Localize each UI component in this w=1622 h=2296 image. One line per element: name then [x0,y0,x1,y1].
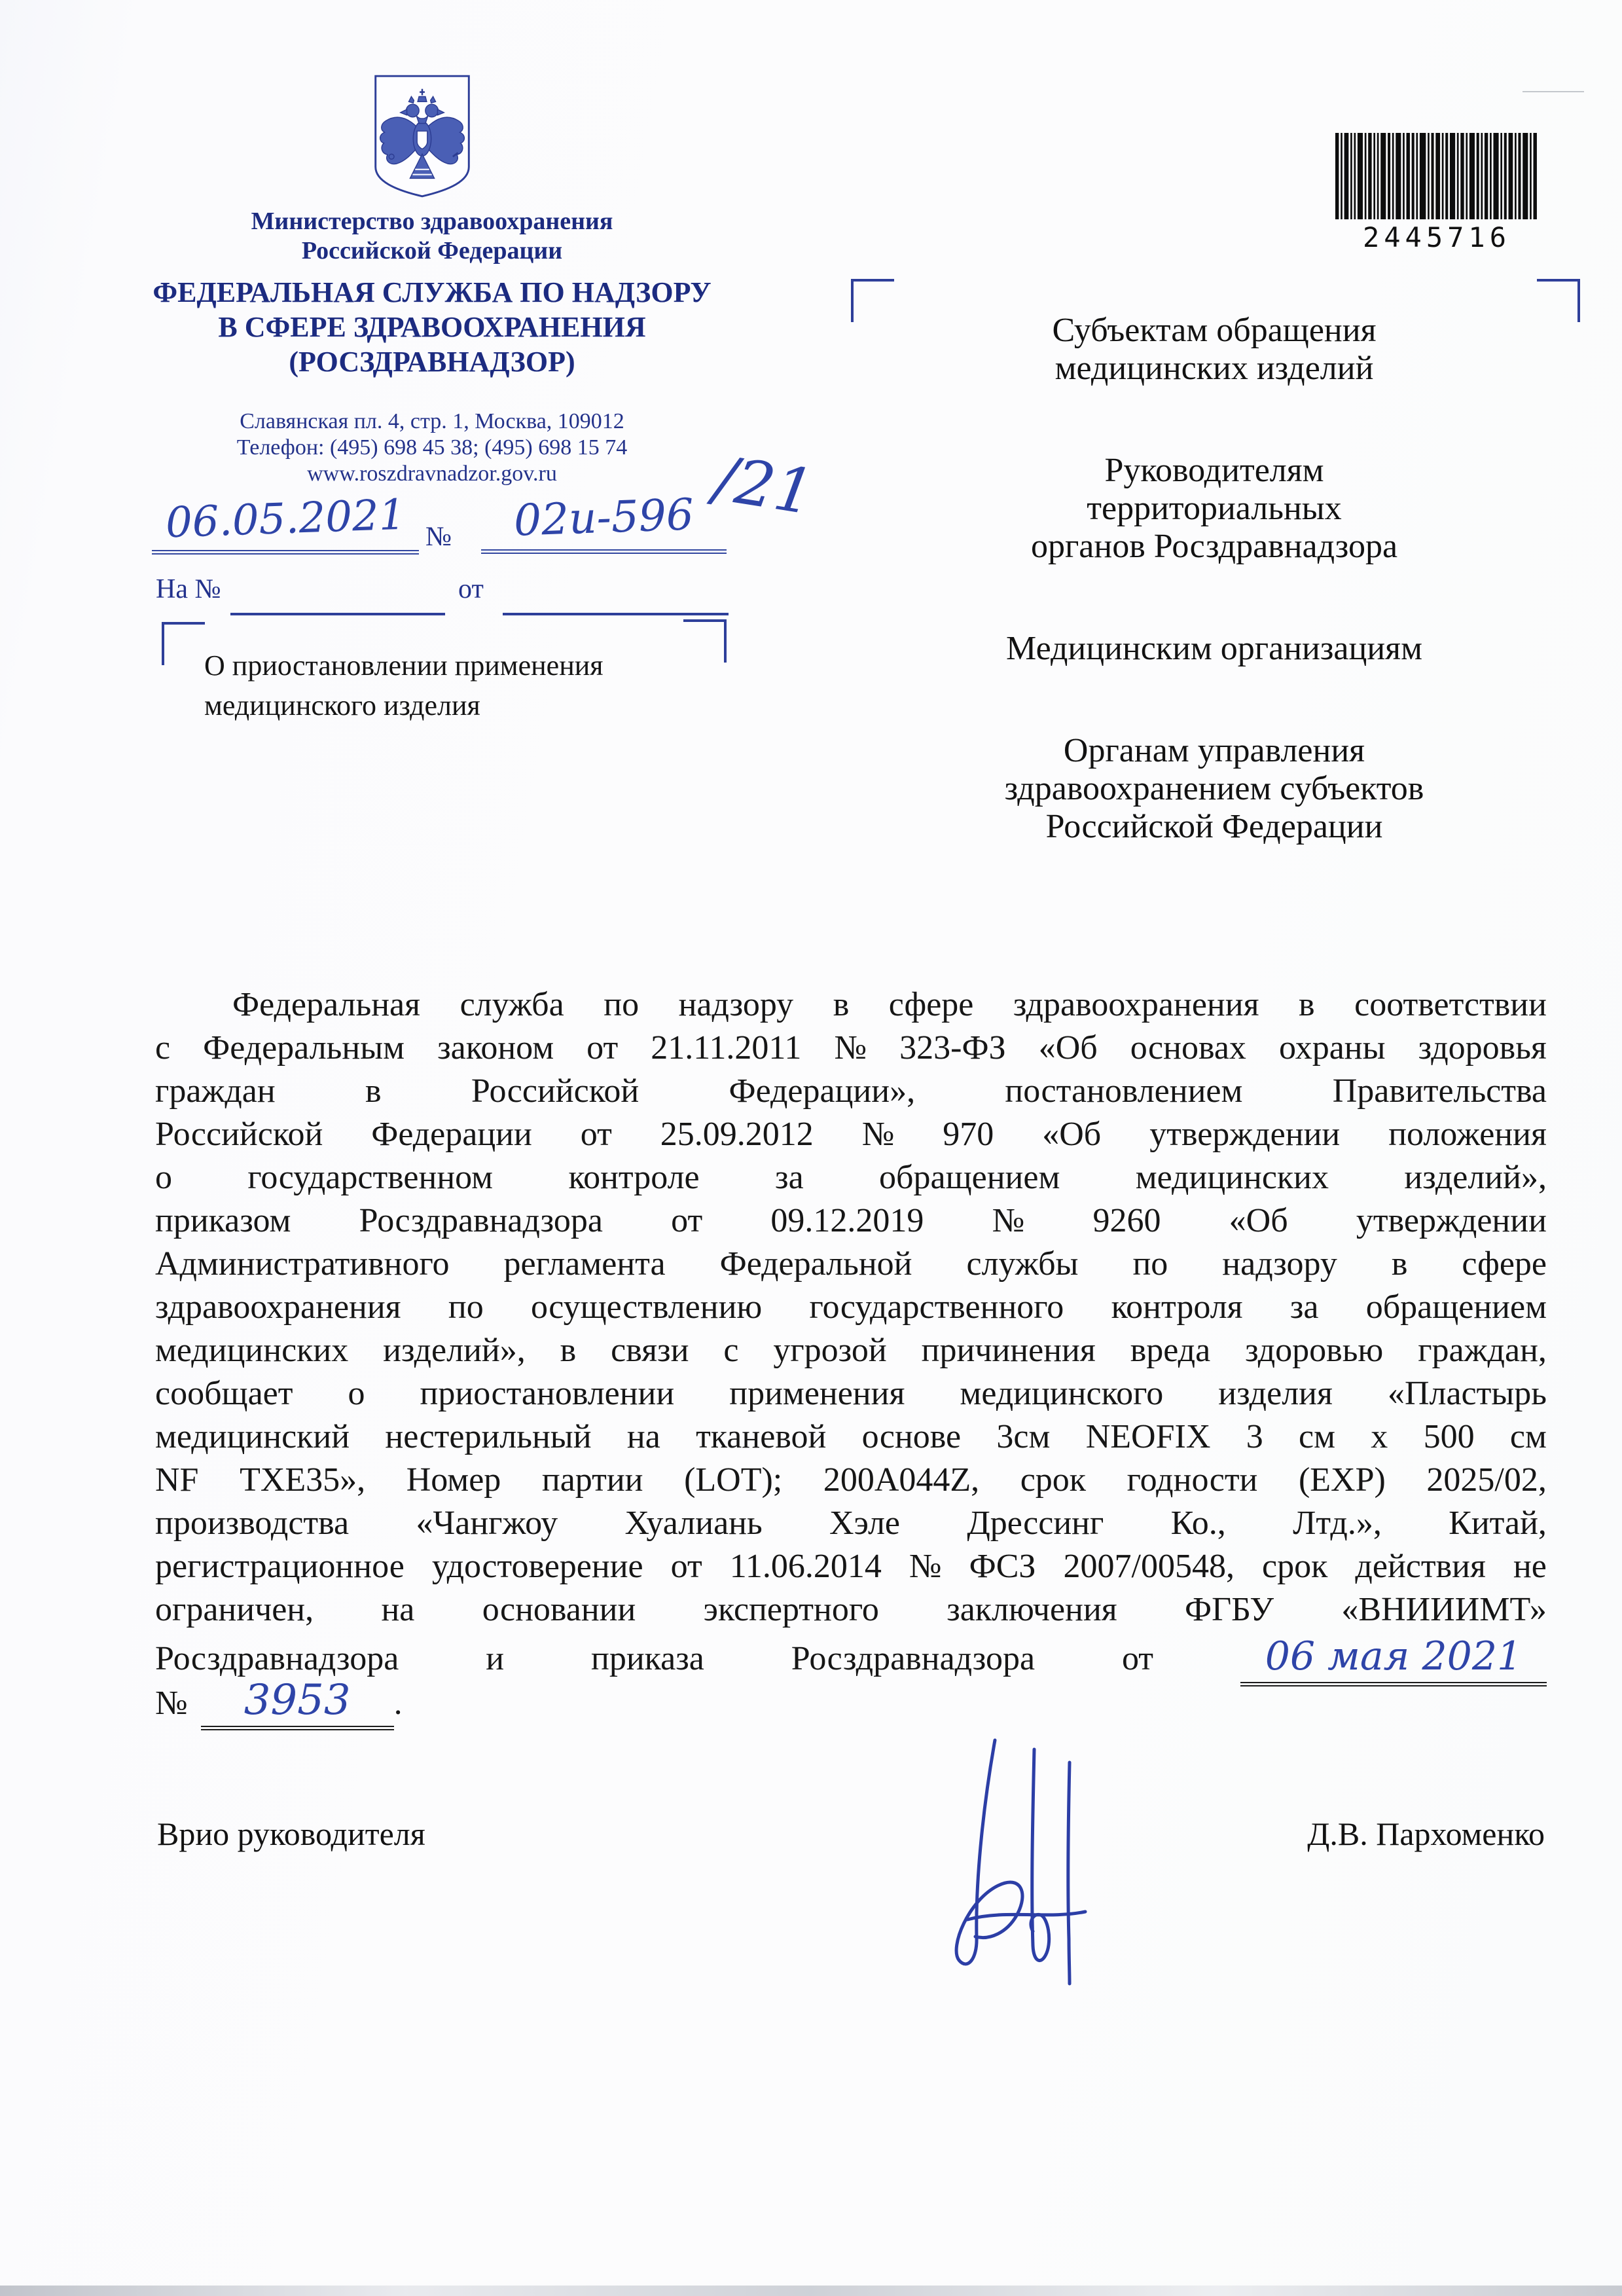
handwritten-order-number: 3953 [244,1676,351,1724]
signer-name: Д.В. Пархоменко [1231,1815,1545,1853]
body-line: медицинскихизделий»,всвязисугрозойпричин… [155,1331,1547,1374]
recipient-group: Субъектам обращениямедицинских изделий [887,312,1541,388]
recipient-group: Руководителямтерриториальныхорганов Росз… [887,452,1541,566]
reply-number-label: На № [156,574,221,605]
service-name: ФЕДЕРАЛЬНАЯ СЛУЖБА ПО НАДЗОРУ В СФЕРЕ ЗД… [85,275,779,379]
scan-bottom-edge [0,2286,1622,2296]
reply-number-blank [230,613,445,615]
body-line: РоссийскойФедерацииот25.09.2012№970«Обут… [155,1115,1547,1158]
body-line: огосударственномконтролезаобращениеммеди… [155,1158,1547,1201]
recipient-line: органов Росздравнадзора [887,528,1541,566]
recipient-line: Органам управления [887,732,1541,770]
body-line: РосздравнадзораиприказаРосздравнадзораот… [155,1633,1547,1677]
body-line: Федеральнаяслужбапонадзорувсферездравоох… [155,985,1547,1029]
subject-block: О приостановлении применения медицинског… [204,646,604,725]
handwritten-order-date: 06 мая 2021 [1240,1633,1547,1686]
body-line: гражданвРоссийскойФедерации»,постановлен… [155,1072,1547,1115]
recipient-line: территориальных [887,490,1541,528]
body-line: приказомРосздравнадзораот09.12.2019№9260… [155,1201,1547,1245]
body-line: сообщаетоприостановленииприменениямедици… [155,1374,1547,1417]
body-line: производства«ЧангжоуХуалианьХэлеДрессинг… [155,1504,1547,1547]
recipients-corner-bracket-right [1537,279,1580,322]
recipient-line: медицинских изделий [887,350,1541,388]
scan-artifact-line [1523,91,1584,92]
body-line: здравоохраненияпоосуществлениюгосударств… [155,1288,1547,1331]
service-line3: (РОСЗДРАВНАДЗОР) [85,344,779,379]
recipient-line: здравоохранением субъектов [887,770,1541,808]
document-page: Министерство здравоохранения Российской … [0,0,1622,2296]
body-line: медицинскийнестерильныйнатканевойоснове3… [155,1417,1547,1461]
handwritten-order-number-box: 3953 [201,1676,394,1730]
body-line: ограничен,наоснованииэкспертногозаключен… [155,1590,1547,1633]
order-number-sign: № [155,1684,188,1722]
signature-handwriting [929,1722,1126,1997]
barcode [1335,133,1540,219]
ministry-line1: Министерство здравоохранения [111,207,753,236]
handwritten-outgoing-date: 06.05.2021 [152,495,419,555]
ministry-name: Министерство здравоохранения Российской … [111,207,753,266]
address-line: Славянская пл. 4, стр. 1, Москва, 109012 [111,409,753,435]
body-line: NFTXE35»,Номерпартии(LOT);200A044Z,срокг… [155,1461,1547,1504]
reply-date-blank [503,613,729,615]
final-period: . [394,1684,403,1722]
reply-from-label: от [458,574,484,605]
recipient-group: Медицинским организациям [887,630,1541,668]
recipient-group: Органам управленияздравоохранением субъе… [887,732,1541,846]
handwritten-outgoing-number: 02и-596 [481,492,727,554]
ministry-line2: Российской Федерации [111,236,753,266]
coat-of-arms-icon [368,72,477,200]
service-line1: ФЕДЕРАЛЬНАЯ СЛУЖБА ПО НАДЗОРУ [85,275,779,310]
recipient-line: Медицинским организациям [887,630,1541,668]
body-line: АдминистративногорегламентаФедеральнойсл… [155,1245,1547,1288]
body-line: сФедеральнымзакономот21.11.2011№323-ФЗ«О… [155,1029,1547,1072]
barcode-number: 2445716 [1329,221,1545,253]
body-paragraph: Федеральнаяслужбапонадзорувсферездравоох… [155,985,1547,1677]
signer-position: Врио руководителя [157,1815,425,1853]
recipient-line: Российской Федерации [887,808,1541,846]
contact-block: Славянская пл. 4, стр. 1, Москва, 109012… [111,409,753,487]
recipient-line: Руководителям [887,452,1541,490]
recipients-block: Субъектам обращениямедицинских изделийРу… [887,312,1541,910]
body-final-line: № 3953 . [155,1676,403,1730]
subject-corner-bracket-right [683,619,727,663]
number-sign: № [425,521,452,553]
recipient-line: Субъектам обращения [887,312,1541,350]
phone-line: Телефон: (495) 698 45 38; (495) 698 15 7… [111,435,753,461]
service-line2: В СФЕРЕ ЗДРАВООХРАНЕНИЯ [85,310,779,344]
website-line: www.roszdravnadzor.gov.ru [111,461,753,487]
body-line: регистрационноеудостоверениеот11.06.2014… [155,1547,1547,1590]
handwritten-number-suffix: /21 [710,443,818,529]
subject-line1: О приостановлении применения [204,646,604,685]
subject-corner-bracket-left [162,622,205,665]
subject-line2: медицинского изделия [204,685,604,725]
